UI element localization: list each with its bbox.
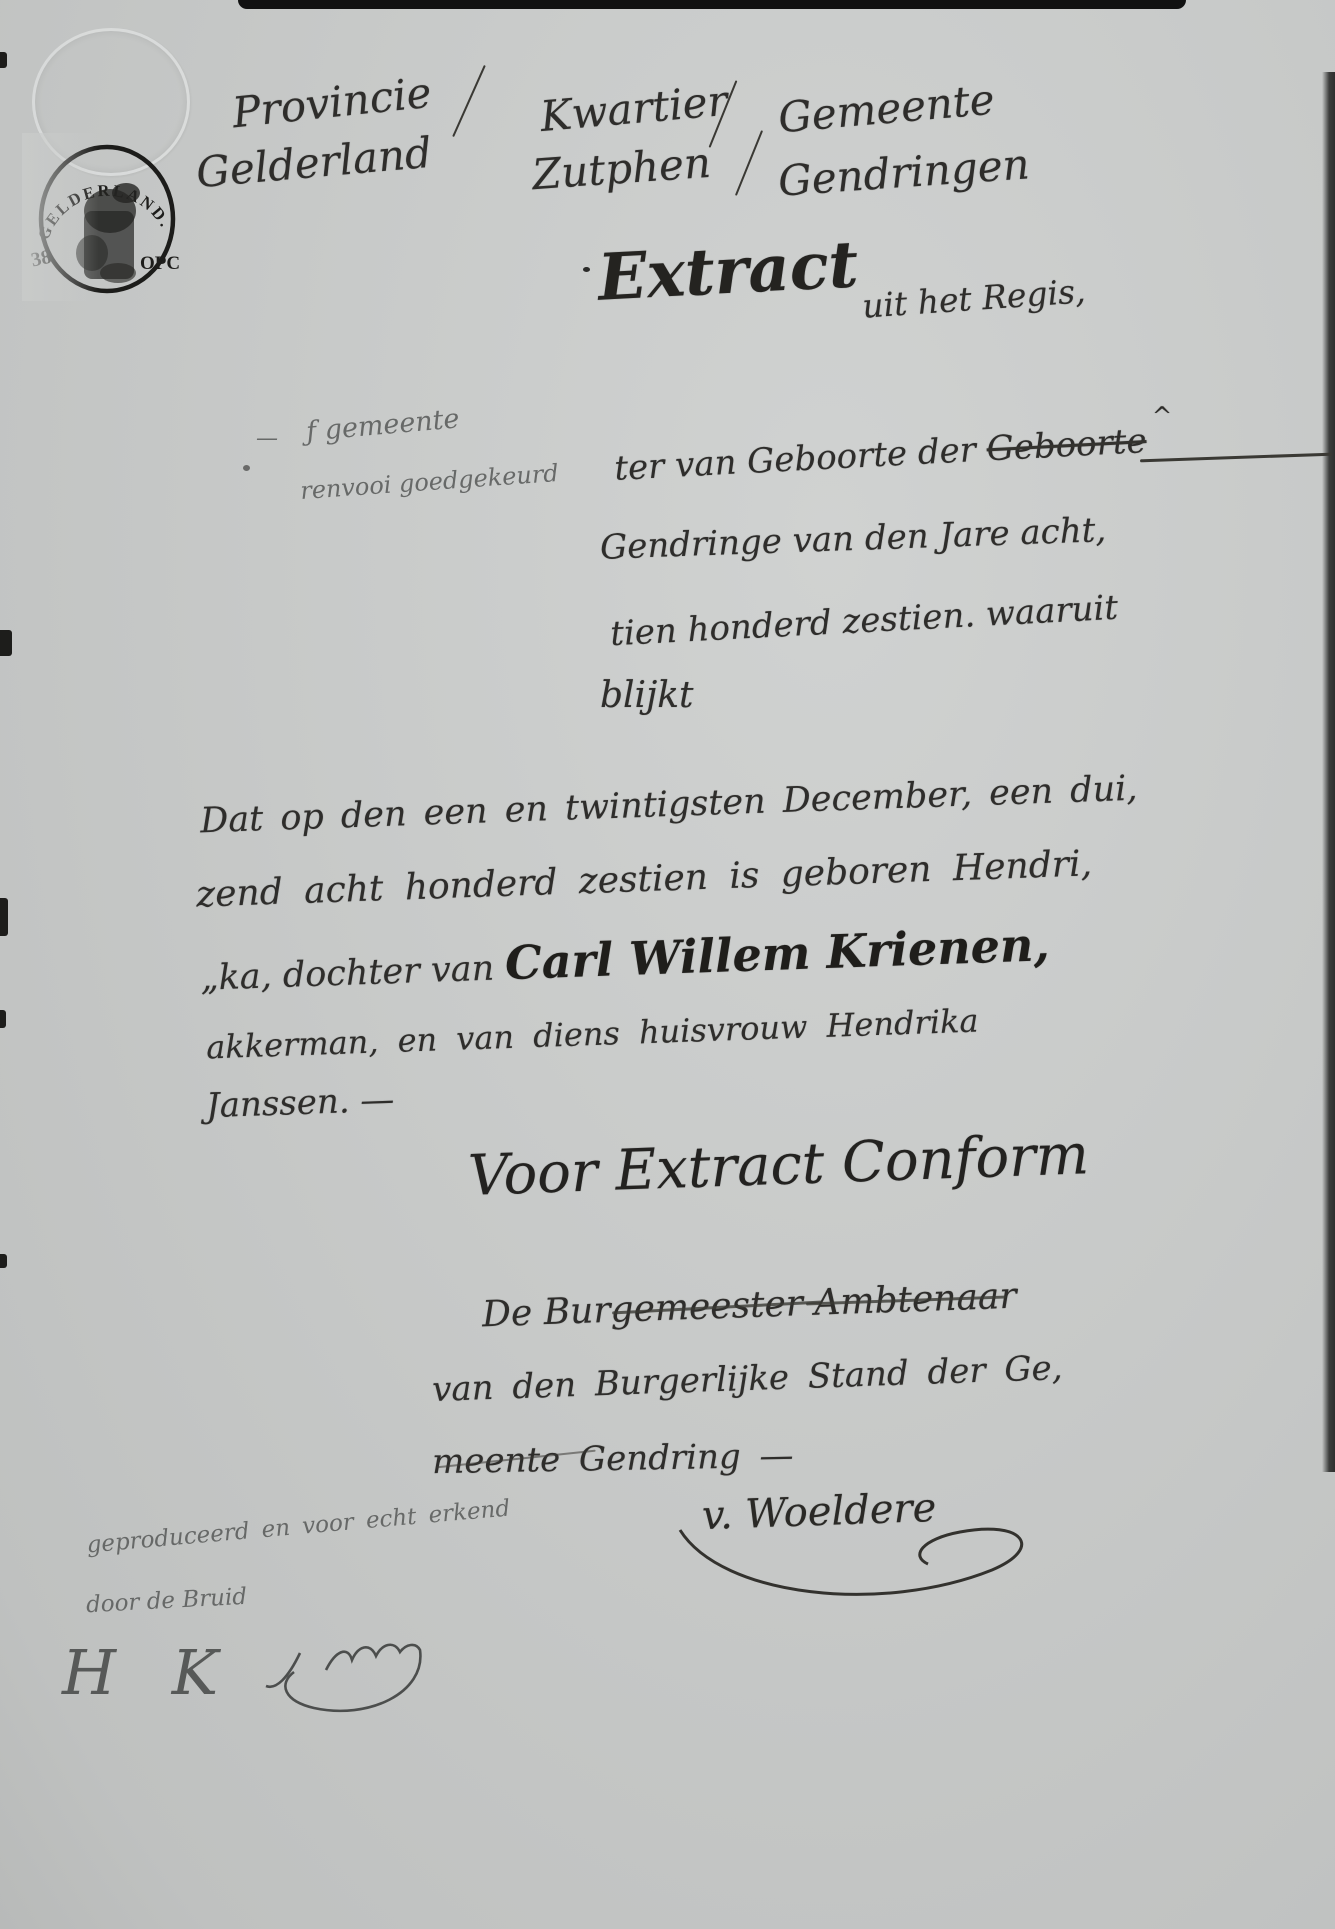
paraph-mark bbox=[248, 1598, 458, 1733]
scan-left-mark bbox=[0, 898, 8, 936]
body-line3-names: Carl Willem Krienen, bbox=[504, 917, 1050, 990]
extract-line2-start: ter van Geboorte der bbox=[613, 429, 987, 488]
annotation-line2: door de Bruid bbox=[86, 1586, 248, 1617]
extract-word: Extract bbox=[597, 233, 860, 311]
body-line3-prefix: „ka, dochter van bbox=[200, 948, 506, 999]
scan-top-edge bbox=[238, 0, 1186, 9]
margin-dash: — bbox=[256, 428, 278, 450]
flourish-stroke bbox=[735, 130, 763, 196]
header-province-label: Provincie bbox=[230, 72, 433, 135]
scan-left-mark bbox=[0, 52, 7, 68]
annotation-initials: H K bbox=[62, 1642, 236, 1704]
ink-speck bbox=[583, 267, 590, 272]
extract-line3: Gendringe van den Jare acht, bbox=[600, 513, 1107, 565]
margin-approval-note: renvooi goedgekeurd bbox=[299, 461, 559, 503]
scan-left-mark bbox=[0, 1254, 7, 1268]
extract-line4: tien honderd zestien. waaruit bbox=[609, 591, 1118, 652]
header-municipality-label: Gemeente bbox=[777, 79, 997, 140]
gelderland-stamp: GELDERLAND. 38 OPC bbox=[22, 133, 192, 301]
body-line3: „ka, dochter van Carl Willem Krienen, bbox=[199, 921, 1050, 997]
closing-line3: meente Gendring — bbox=[432, 1439, 794, 1479]
margin-insert-word: ƒ gemeente bbox=[305, 405, 460, 445]
scan-left-mark bbox=[0, 630, 12, 656]
body-line1: Dat op den een en twintigsten December, … bbox=[200, 772, 1138, 840]
extract-line5: blijkt bbox=[600, 678, 694, 714]
body-line4: akkerman, en van diens huisvrouw Hendrik… bbox=[206, 1005, 979, 1064]
closing-line2: van den Burgerlijke Stand der Ge, bbox=[432, 1351, 1063, 1407]
flourish-stroke bbox=[452, 65, 486, 137]
body-line5: Janssen. — bbox=[205, 1083, 394, 1124]
scan-left-mark bbox=[0, 1010, 6, 1028]
extract-line2: ter van Geboorte der Geboorte bbox=[613, 424, 1147, 486]
body-line2: zend acht honderd zestien is geboren Hen… bbox=[196, 846, 1093, 913]
attestation-line: Voor Extract Conform bbox=[467, 1127, 1090, 1205]
document-page: GELDERLAND. 38 OPC Provincie Kwartier Ge… bbox=[0, 0, 1335, 1929]
signature-flourish bbox=[652, 1512, 1082, 1627]
header-municipality-value: Gendringen bbox=[777, 143, 1031, 202]
header-district-value: Zutphen bbox=[531, 142, 712, 196]
strike-stroke bbox=[1140, 453, 1332, 463]
extract-line1-rest: uit het Regis, bbox=[861, 274, 1086, 323]
ink-speck bbox=[243, 465, 250, 471]
header-province-value: Gelderland bbox=[195, 132, 434, 194]
extract-struck-word: Geboorte bbox=[986, 421, 1148, 469]
annotation-line1: geproduceerd en voor echt erkend bbox=[86, 1498, 511, 1558]
header-district-label: Kwartier bbox=[539, 80, 730, 138]
caret-mark: ^ bbox=[1152, 404, 1172, 428]
scan-right-edge bbox=[1322, 72, 1335, 1472]
